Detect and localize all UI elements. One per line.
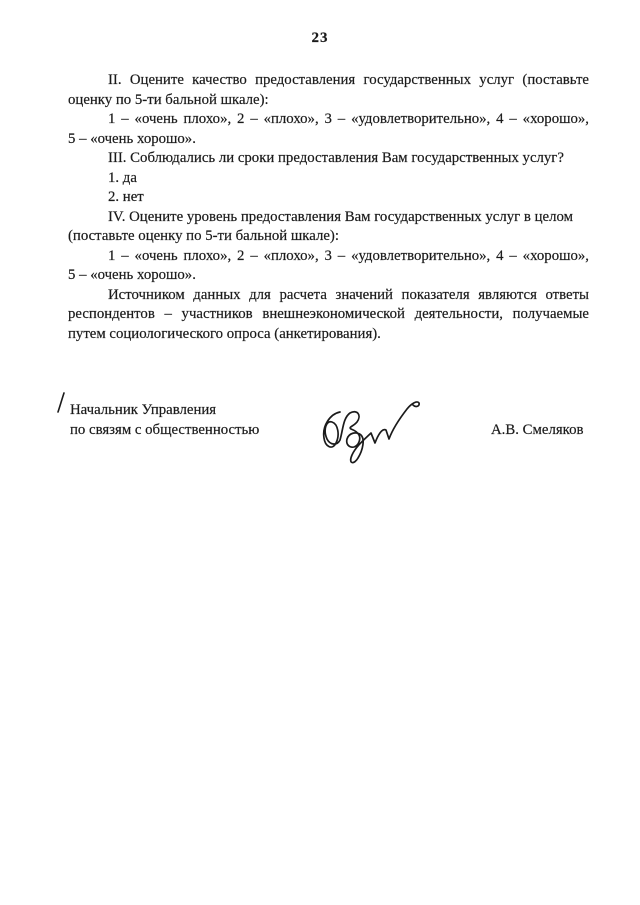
scanned-document-page: 23 II. Оцените качество предоставления г…	[0, 0, 640, 905]
text-line: 1 – «очень плохо», 2 – «плохо», 3 – «удо…	[68, 110, 589, 130]
page-number: 23	[0, 30, 640, 47]
signatory-title: Начальник Управления по связям с обществ…	[70, 400, 259, 440]
signatory-title-line-1: Начальник Управления	[70, 400, 259, 420]
text-line: Источником данных для расчета значений п…	[68, 286, 589, 306]
text-line: 5 – «очень хорошо».	[68, 130, 589, 150]
text-line: III. Соблюдались ли сроки предоставления…	[68, 149, 589, 169]
text-line: оценку по 5-ти бальной шкале):	[68, 91, 589, 111]
text-line: IV. Оцените уровень предоставления Вам г…	[68, 208, 589, 228]
text-line: респондентов – участников внешнеэкономич…	[68, 305, 589, 325]
text-line: 5 – «очень хорошо».	[68, 266, 589, 286]
signatory-name: А.В. Смеляков	[491, 420, 583, 440]
document-body: II. Оцените качество предоставления госу…	[68, 71, 589, 344]
text-line: (поставьте оценку по 5-ти бальной шкале)…	[68, 227, 589, 247]
text-line: 1. да	[68, 169, 589, 189]
pen-mark	[56, 392, 66, 414]
text-line: 1 – «очень плохо», 2 – «плохо», 3 – «удо…	[68, 247, 589, 267]
handwritten-signature	[310, 396, 430, 476]
text-line: 2. нет	[68, 188, 589, 208]
text-line: II. Оцените качество предоставления госу…	[68, 71, 589, 91]
text-line: путем социологического опроса (анкетиров…	[68, 325, 589, 345]
signatory-title-line-2: по связям с общественностью	[70, 420, 259, 440]
